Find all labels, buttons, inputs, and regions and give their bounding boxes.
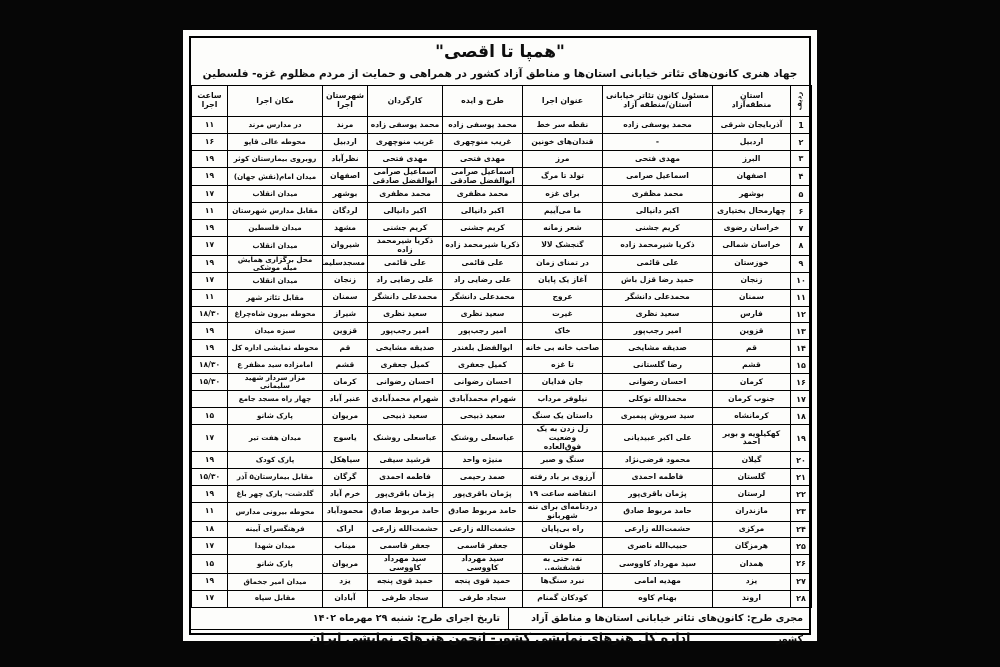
cell-time: ۱۷ bbox=[192, 237, 228, 255]
cell-director: غریب منوچهری bbox=[368, 134, 443, 151]
header-time: ساعت اجرا bbox=[192, 86, 228, 117]
cell-province: کرمانشاه bbox=[713, 408, 791, 425]
cell-idea: امیر رجب‌پور bbox=[443, 323, 523, 340]
cell-row-number: ۲۴ bbox=[791, 521, 812, 538]
header-province: استان منطقه‌آزاد bbox=[713, 86, 791, 117]
table-row: ۱۷ جنوب کرمان محمدالله توکلی نیلوفر مردا… bbox=[192, 391, 812, 408]
table-row: ۲۶ همدان سید مهرداد کاووسی نه، حتی به فش… bbox=[192, 555, 812, 573]
cell-time: ۱۵/۳۰ bbox=[192, 469, 228, 486]
cell-idea: محمد یوسفی زاده bbox=[443, 117, 523, 134]
cell-idea: سید مهرداد کاووسی bbox=[443, 555, 523, 573]
cell-province: خراسان رضوی bbox=[713, 220, 791, 237]
cell-city: بوشهر bbox=[323, 186, 368, 203]
cell-performance-title: تولد تا مرگ bbox=[523, 167, 603, 185]
cell-time: ۱۹ bbox=[192, 323, 228, 340]
table-row: ۷ خراسان رضوی کریم جشنی شعر زمانه کریم ج… bbox=[192, 220, 812, 237]
cell-city: مشهد bbox=[323, 220, 368, 237]
cell-province: همدان bbox=[713, 555, 791, 573]
table-row: ۱۴ قم صدیقه مشایخی صاحب خانه بی خانه ابو… bbox=[192, 340, 812, 357]
cell-venue: مزار سردار شهید سلیمانی bbox=[228, 374, 323, 391]
table-row: ۲۸ اروند بهنام کاوه کودکان گمنام سجاد طر… bbox=[192, 590, 812, 607]
table-row: ۱۲ فارس سعید نظری غیرت سعید نظری سعید نظ… bbox=[192, 306, 812, 323]
cell-manager: احسان رضوانی bbox=[603, 374, 713, 391]
table-row: ۲ اردبیل - قندان‌های خونین غریب منوچهری … bbox=[192, 134, 812, 151]
cell-director: حمید قوی پنجه bbox=[368, 573, 443, 590]
cell-row-number: ۱۱ bbox=[791, 289, 812, 306]
table-row: ۳ البرز مهدی فتحی مرز مهدی فتحی مهدی فتح… bbox=[192, 151, 812, 168]
cell-director: محمد مظفری bbox=[368, 186, 443, 203]
cell-time: ۱۹ bbox=[192, 486, 228, 503]
cell-time: ۱۹ bbox=[192, 452, 228, 469]
document-page: "همپا تا اقصی" جهاد هنری کانون‌های تئاتر… bbox=[183, 30, 817, 641]
cell-performance-title: مرز bbox=[523, 151, 603, 168]
cell-performance-title: قندان‌های خونین bbox=[523, 134, 603, 151]
page-subtitle: جهاد هنری کانون‌های تئاتر خیابانی استان‌… bbox=[191, 62, 809, 86]
cell-city: سمنان bbox=[323, 289, 368, 306]
cell-manager: علی اکبر عبیدیانی bbox=[603, 425, 713, 452]
cell-row-number: ۱۵ bbox=[791, 357, 812, 374]
table-row: ۲۲ لرستان پژمان باقری‌پور انتفاضه ساعت ۱… bbox=[192, 486, 812, 503]
cell-province: لرستان bbox=[713, 486, 791, 503]
cell-row-number: ۹ bbox=[791, 255, 812, 272]
cell-venue: میدان انقلاب bbox=[228, 272, 323, 289]
cell-manager: کریم جشنی bbox=[603, 220, 713, 237]
cell-performance-title: نه، حتی به فشفشه.. bbox=[523, 555, 603, 573]
cell-director: مهدی فتحی bbox=[368, 151, 443, 168]
cell-director: محمدعلی دانشگر bbox=[368, 289, 443, 306]
cell-province: کرمان bbox=[713, 374, 791, 391]
cell-venue: مقابل بیمارستان۵ آذر bbox=[228, 469, 323, 486]
cell-province: هرمزگان bbox=[713, 538, 791, 555]
cell-manager: مهدی فتحی bbox=[603, 151, 713, 168]
table-row: 1 آذربایجان شرقی محمد یوسفی زاده نقطه سر… bbox=[192, 117, 812, 134]
cell-idea: محمدعلی دانشگر bbox=[443, 289, 523, 306]
cell-row-number: ۱۴ bbox=[791, 340, 812, 357]
cell-performance-title: برای غزه bbox=[523, 186, 603, 203]
cell-venue: میدان انقلاب bbox=[228, 186, 323, 203]
table-row: ۸ خراسان شمالی ذکریا شیرمحمد زاده گنجشک … bbox=[192, 237, 812, 255]
cell-province: سمنان bbox=[713, 289, 791, 306]
cell-province: مازندران bbox=[713, 503, 791, 521]
cell-city: یاسوج bbox=[323, 425, 368, 452]
header-city: شهرستان اجرا bbox=[323, 86, 368, 117]
cell-venue: میدان انقلاب bbox=[228, 237, 323, 255]
cell-performance-title: تا غزه bbox=[523, 357, 603, 374]
cell-row-number: ۱۶ bbox=[791, 374, 812, 391]
cell-performance-title: سنگ و صبر bbox=[523, 452, 603, 469]
cell-director: کمیل جعفری bbox=[368, 357, 443, 374]
cell-row-number: ۵ bbox=[791, 186, 812, 203]
cell-city: آبادان bbox=[323, 590, 368, 607]
cell-time: ۱۱ bbox=[192, 503, 228, 521]
header-director: کارگردان bbox=[368, 86, 443, 117]
cell-performance-title: کودکان گمنام bbox=[523, 590, 603, 607]
cell-performance-title: راه بی‌پایان bbox=[523, 521, 603, 538]
cell-idea: حمید قوی پنجه bbox=[443, 573, 523, 590]
cell-city: گرگان bbox=[323, 469, 368, 486]
cell-venue: چهار راه مسجد جامع bbox=[228, 391, 323, 408]
cell-venue: فرهنگسرای آیینه bbox=[228, 521, 323, 538]
cell-manager: فاطمه احمدی bbox=[603, 469, 713, 486]
cell-time: ۱۱ bbox=[192, 203, 228, 220]
cell-manager: محمد یوسفی زاده bbox=[603, 117, 713, 134]
cell-province: گیلان bbox=[713, 452, 791, 469]
cell-idea: محمد مظفری bbox=[443, 186, 523, 203]
cell-idea: حشمت‌الله زارعی bbox=[443, 521, 523, 538]
cell-idea: سعید نظری bbox=[443, 306, 523, 323]
cell-row-number: ۱۲ bbox=[791, 306, 812, 323]
cell-performance-title: غیرت bbox=[523, 306, 603, 323]
cell-idea: علی رضایی راد bbox=[443, 272, 523, 289]
cell-province: جنوب کرمان bbox=[713, 391, 791, 408]
cell-manager: رضا گلستانی bbox=[603, 357, 713, 374]
cell-province: قم bbox=[713, 340, 791, 357]
cell-performance-title: نیلوفر مرداب bbox=[523, 391, 603, 408]
cell-province: قزوین bbox=[713, 323, 791, 340]
cell-province: کهکیلویه و بویر احمد bbox=[713, 425, 791, 452]
cell-venue: سبزه میدان bbox=[228, 323, 323, 340]
cell-city: قزوین bbox=[323, 323, 368, 340]
cell-director: عباسعلی روشنک bbox=[368, 425, 443, 452]
cell-director: جعفر قاسمی bbox=[368, 538, 443, 555]
cell-city: مریوان bbox=[323, 555, 368, 573]
cell-venue: محوطه بیرونی مدارس bbox=[228, 503, 323, 521]
cell-venue: میدان هفت تیر bbox=[228, 425, 323, 452]
table-row: ۲۴ مرکزی حشمت‌الله زارعی راه بی‌پایان حش… bbox=[192, 521, 812, 538]
cell-row-number: ۲ bbox=[791, 134, 812, 151]
header-venue: مکان اجرا bbox=[228, 86, 323, 117]
cell-venue: محوطه نمایشی اداره کل bbox=[228, 340, 323, 357]
cell-manager: حامد مربوط صادق bbox=[603, 503, 713, 521]
cell-performance-title: نبرد سنگ‌ها bbox=[523, 573, 603, 590]
cell-performance-title: صاحب خانه بی خانه bbox=[523, 340, 603, 357]
cell-time: ۱۷ bbox=[192, 590, 228, 607]
cell-venue: میدان امیر جخماق bbox=[228, 573, 323, 590]
cell-director: محمد یوسفی زاده bbox=[368, 117, 443, 134]
cell-performance-title: شعر زمانه bbox=[523, 220, 603, 237]
cell-idea: کریم جشنی bbox=[443, 220, 523, 237]
cell-manager: محمدالله توکلی bbox=[603, 391, 713, 408]
cell-manager: محمدعلی دانشگر bbox=[603, 289, 713, 306]
cell-city: اردبیل bbox=[323, 134, 368, 151]
cell-director: فرشید سیفی bbox=[368, 452, 443, 469]
cell-row-number: ۲۲ bbox=[791, 486, 812, 503]
cell-province: اصفهان bbox=[713, 167, 791, 185]
cell-director: علی رضایی راد bbox=[368, 272, 443, 289]
cell-row-number: ۱۷ bbox=[791, 391, 812, 408]
cell-province: فارس bbox=[713, 306, 791, 323]
header-performance-title: عنوان اجرا bbox=[523, 86, 603, 117]
cell-manager: امیر رجب‌پور bbox=[603, 323, 713, 340]
cell-manager: سید سروش پیمبری bbox=[603, 408, 713, 425]
table-row: ۱۱ سمنان محمدعلی دانشگر عروج محمدعلی دان… bbox=[192, 289, 812, 306]
cell-city: زنجان bbox=[323, 272, 368, 289]
cell-director: سعید نظری bbox=[368, 306, 443, 323]
cell-venue: روبروی بیمارستان کوثر bbox=[228, 151, 323, 168]
table-row: ۲۱ گلستان فاطمه احمدی آرزوی بر باد رفته … bbox=[192, 469, 812, 486]
cell-performance-title: زل زدن به یک وضعیت فوق‌العاده bbox=[523, 425, 603, 452]
cell-time: ۱۶ bbox=[192, 134, 228, 151]
cell-city: میناب bbox=[323, 538, 368, 555]
cell-province: اردبیل bbox=[713, 134, 791, 151]
cell-row-number: ۳ bbox=[791, 151, 812, 168]
header-idea: طرح و ایده bbox=[443, 86, 523, 117]
footer-date: تاریخ اجرای طرح: شنبه ۲۹ مهرماه ۱۴۰۲ bbox=[191, 608, 508, 629]
cell-manager: حمید رضا قزل باش bbox=[603, 272, 713, 289]
cell-director: سید مهرداد کاووسی bbox=[368, 555, 443, 573]
cell-manager: - bbox=[603, 134, 713, 151]
cell-city: کرمان bbox=[323, 374, 368, 391]
cell-province: گلستان bbox=[713, 469, 791, 486]
cell-performance-title: نقطه سر خط bbox=[523, 117, 603, 134]
cell-idea: منیژه واحد bbox=[443, 452, 523, 469]
cell-city: شیروان bbox=[323, 237, 368, 255]
cell-idea: شهرام محمدآبادی bbox=[443, 391, 523, 408]
cell-manager: علی قائمی bbox=[603, 255, 713, 272]
cell-city: یزد bbox=[323, 573, 368, 590]
cell-row-number: ۴ bbox=[791, 167, 812, 185]
cell-province: خراسان شمالی bbox=[713, 237, 791, 255]
cell-row-number: ۱۸ bbox=[791, 408, 812, 425]
cell-time: ۱۹ bbox=[192, 255, 228, 272]
cell-row-number: ۸ bbox=[791, 237, 812, 255]
cell-row-number: ۲۱ bbox=[791, 469, 812, 486]
table-row: ۱۳ قزوین امیر رجب‌پور خاک امیر رجب‌پور ا… bbox=[192, 323, 812, 340]
cell-manager: سعید نظری bbox=[603, 306, 713, 323]
cell-performance-title: ما می‌آییم bbox=[523, 203, 603, 220]
cell-time: ۱۹ bbox=[192, 167, 228, 185]
cell-director: صدیقه مشایخی bbox=[368, 340, 443, 357]
cell-venue: پارک شانو bbox=[228, 408, 323, 425]
cell-province: اروند bbox=[713, 590, 791, 607]
cell-province: بوشهر bbox=[713, 186, 791, 203]
cell-venue: در مدارس مرند bbox=[228, 117, 323, 134]
cell-province: آذربایجان شرقی bbox=[713, 117, 791, 134]
cell-director: حشمت‌الله زارعی bbox=[368, 521, 443, 538]
cell-idea: احسان رضوانی bbox=[443, 374, 523, 391]
cell-manager: اسماعیل صرامی bbox=[603, 167, 713, 185]
cell-director: پژمان باقری‌پور bbox=[368, 486, 443, 503]
cell-idea: اسماعیل صرامی ابوالفضل صادقی bbox=[443, 167, 523, 185]
cell-city: اصفهان bbox=[323, 167, 368, 185]
cell-performance-title: انتفاضه ساعت ۱۹ bbox=[523, 486, 603, 503]
cell-performance-title: جان فدایان bbox=[523, 374, 603, 391]
cell-idea: عباسعلی روشنک bbox=[443, 425, 523, 452]
cell-city: قم bbox=[323, 340, 368, 357]
cell-manager: بهنام کاوه bbox=[603, 590, 713, 607]
cell-venue: مقابل سپاه bbox=[228, 590, 323, 607]
cell-row-number: ۱۰ bbox=[791, 272, 812, 289]
table-row: ۱۸ کرمانشاه سید سروش پیمبری داستان یک سن… bbox=[192, 408, 812, 425]
cell-time: ۱۵/۳۰ bbox=[192, 374, 228, 391]
cell-idea: ذکریا شیرمحمد زاده bbox=[443, 237, 523, 255]
cell-manager: سید مهرداد کاووسی bbox=[603, 555, 713, 573]
cell-province: یزد bbox=[713, 573, 791, 590]
cell-time: ۱۸/۳۰ bbox=[192, 306, 228, 323]
cell-row-number: ۶ bbox=[791, 203, 812, 220]
table-body: 1 آذربایجان شرقی محمد یوسفی زاده نقطه سر… bbox=[192, 117, 812, 607]
cell-idea: صمد رحیمی bbox=[443, 469, 523, 486]
table-row: ۲۰ گیلان محمود فرضی‌نژاد سنگ و صبر منیژه… bbox=[192, 452, 812, 469]
cell-idea: علی قائمی bbox=[443, 255, 523, 272]
cell-city: اراک bbox=[323, 521, 368, 538]
cell-time bbox=[192, 391, 228, 408]
cell-row-number: ۲۳ bbox=[791, 503, 812, 521]
cell-manager: مهدیه امامی bbox=[603, 573, 713, 590]
cell-venue: مقابل تئاتر شهر bbox=[228, 289, 323, 306]
cell-venue: میدان امام(نقش جهان) bbox=[228, 167, 323, 185]
cell-venue: محوطه عالی قاپو bbox=[228, 134, 323, 151]
header-manager: مسئول کانون تئاتر خیابانی استان/منطقه آز… bbox=[603, 86, 713, 117]
table-row: ۱۶ کرمان احسان رضوانی جان فدایان احسان ر… bbox=[192, 374, 812, 391]
cell-row-number: 1 bbox=[791, 117, 812, 134]
cell-time: ۱۷ bbox=[192, 538, 228, 555]
cell-city: مرند bbox=[323, 117, 368, 134]
header-row: ردیف استان منطقه‌آزاد مسئول کانون تئاتر … bbox=[192, 86, 812, 117]
footer-meta-row: مجری طرح: کانون‌های تئاتر خیابانی استان‌… bbox=[191, 608, 809, 629]
cell-time: ۱۵ bbox=[192, 408, 228, 425]
cell-province: چهارمحال بختیاری bbox=[713, 203, 791, 220]
cell-performance-title: خاک bbox=[523, 323, 603, 340]
table-row: ۲۷ یزد مهدیه امامی نبرد سنگ‌ها حمید قوی … bbox=[192, 573, 812, 590]
cell-province: مرکزی bbox=[713, 521, 791, 538]
table-row: ۹ خوزستان علی قائمی در تمنای زمان علی قا… bbox=[192, 255, 812, 272]
cell-venue: محل برگزاری همایش میله موشکی bbox=[228, 255, 323, 272]
table-row: ۶ چهارمحال بختیاری اکبر دانیالی ما می‌آی… bbox=[192, 203, 812, 220]
table-row: ۲۳ مازندران حامد مربوط صادق دردنامه‌ای ب… bbox=[192, 503, 812, 521]
cell-row-number: ۷ bbox=[791, 220, 812, 237]
cell-time: ۱۸ bbox=[192, 521, 228, 538]
cell-time: ۱۹ bbox=[192, 151, 228, 168]
cell-manager: ذکریا شیرمحمد زاده bbox=[603, 237, 713, 255]
cell-manager: محمد مظفری bbox=[603, 186, 713, 203]
cell-performance-title: طوفان bbox=[523, 538, 603, 555]
cell-venue: گلدشت- پارک چهر باغ bbox=[228, 486, 323, 503]
cell-manager: اکبر دانیالی bbox=[603, 203, 713, 220]
cell-row-number: ۲۶ bbox=[791, 555, 812, 573]
cell-performance-title: داستان یک سنگ bbox=[523, 408, 603, 425]
cell-director: سجاد طرفی bbox=[368, 590, 443, 607]
table-row: ۴ اصفهان اسماعیل صرامی تولد تا مرگ اسماع… bbox=[192, 167, 812, 185]
cell-time: ۱۱ bbox=[192, 117, 228, 134]
header-row-number-label: ردیف bbox=[796, 92, 804, 111]
cell-venue: امامزاده سید مظفر ع bbox=[228, 357, 323, 374]
cell-province: قشم bbox=[713, 357, 791, 374]
cell-director: سعید ذبیحی bbox=[368, 408, 443, 425]
cell-director: شهرام محمدآبادی bbox=[368, 391, 443, 408]
cell-province: البرز bbox=[713, 151, 791, 168]
cell-manager: حبیب‌الله ناصری bbox=[603, 538, 713, 555]
cell-city: لردگان bbox=[323, 203, 368, 220]
cell-city: محمودآباد bbox=[323, 503, 368, 521]
table-row: ۲۵ هرمزگان حبیب‌الله ناصری طوفان جعفر قا… bbox=[192, 538, 812, 555]
cell-venue: پارک شانو bbox=[228, 555, 323, 573]
cell-venue: مقابل مدارس شهرستان bbox=[228, 203, 323, 220]
cell-director: حامد مربوط صادق bbox=[368, 503, 443, 521]
cell-idea: مهدی فتحی bbox=[443, 151, 523, 168]
cell-idea: جعفر قاسمی bbox=[443, 538, 523, 555]
document-frame: "همپا تا اقصی" جهاد هنری کانون‌های تئاتر… bbox=[189, 36, 811, 635]
cell-venue: میدان فلسطین bbox=[228, 220, 323, 237]
cell-director: فاطمه احمدی bbox=[368, 469, 443, 486]
table-row: ۱۰ زنجان حمید رضا قزل باش آغاز یک پایان … bbox=[192, 272, 812, 289]
cell-performance-title: در تمنای زمان bbox=[523, 255, 603, 272]
cell-idea: حامد مربوط صادق bbox=[443, 503, 523, 521]
cell-row-number: ۲۰ bbox=[791, 452, 812, 469]
cell-city: قشم bbox=[323, 357, 368, 374]
cell-province: خوزستان bbox=[713, 255, 791, 272]
table-row: ۵ بوشهر محمد مظفری برای غزه محمد مظفری م… bbox=[192, 186, 812, 203]
cell-director: احسان رضوانی bbox=[368, 374, 443, 391]
cell-manager: صدیقه مشایخی bbox=[603, 340, 713, 357]
cell-director: علی قائمی bbox=[368, 255, 443, 272]
cell-city: عنبر آباد bbox=[323, 391, 368, 408]
cell-performance-title: دردنامه‌ای برای ننه شهربانو bbox=[523, 503, 603, 521]
cell-performance-title: آغاز یک پایان bbox=[523, 272, 603, 289]
cell-time: ۱۱ bbox=[192, 289, 228, 306]
cell-time: ۱۸/۳۰ bbox=[192, 357, 228, 374]
cell-performance-title: آرزوی بر باد رفته bbox=[523, 469, 603, 486]
header-row-number: ردیف bbox=[791, 86, 812, 117]
footer-executor: مجری طرح: کانون‌های تئاتر خیابانی استان‌… bbox=[508, 608, 809, 629]
cell-city: مریوان bbox=[323, 408, 368, 425]
cell-idea: سجاد طرفی bbox=[443, 590, 523, 607]
cell-idea: غریب منوچهری bbox=[443, 134, 523, 151]
cell-city: سیاهکل bbox=[323, 452, 368, 469]
cell-idea: پژمان باقری‌پور bbox=[443, 486, 523, 503]
cell-idea: سعید ذبیحی bbox=[443, 408, 523, 425]
cell-idea: اکبر دانیالی bbox=[443, 203, 523, 220]
cell-venue: پارک کودک bbox=[228, 452, 323, 469]
cell-time: ۱۹ bbox=[192, 573, 228, 590]
cell-manager: محمود فرضی‌نژاد bbox=[603, 452, 713, 469]
cell-idea: ابوالفضل بلغندر bbox=[443, 340, 523, 357]
cell-time: ۱۷ bbox=[192, 186, 228, 203]
cell-time: ۱۵ bbox=[192, 555, 228, 573]
table-row: ۱۹ کهکیلویه و بویر احمد علی اکبر عبیدیان… bbox=[192, 425, 812, 452]
cell-row-number: ۲۸ bbox=[791, 590, 812, 607]
cell-director: کریم جشنی bbox=[368, 220, 443, 237]
cell-idea: کمیل جعفری bbox=[443, 357, 523, 374]
cell-time: ۱۷ bbox=[192, 425, 228, 452]
table-row: ۱۵ قشم رضا گلستانی تا غزه کمیل جعفری کمی… bbox=[192, 357, 812, 374]
cell-province: زنجان bbox=[713, 272, 791, 289]
schedule-table: ردیف استان منطقه‌آزاد مسئول کانون تئاتر … bbox=[191, 85, 812, 607]
cell-venue: میدان شهدا bbox=[228, 538, 323, 555]
cell-time: ۱۹ bbox=[192, 340, 228, 357]
cell-venue: محوطه بیرون شاه‌چراغ bbox=[228, 306, 323, 323]
cell-row-number: ۲۷ bbox=[791, 573, 812, 590]
cell-manager: پژمان باقری‌پور bbox=[603, 486, 713, 503]
cell-city: نظرآباد bbox=[323, 151, 368, 168]
cell-city: خرم آباد bbox=[323, 486, 368, 503]
cell-director: ذکریا شیرمحمد زاده bbox=[368, 237, 443, 255]
cell-performance-title: عروج bbox=[523, 289, 603, 306]
cell-row-number: ۱۹ bbox=[791, 425, 812, 452]
cell-director: اسماعیل صرامی ابوالفضل صادقی bbox=[368, 167, 443, 185]
cell-row-number: ۱۳ bbox=[791, 323, 812, 340]
cell-city: شیراز bbox=[323, 306, 368, 323]
cell-time: ۱۹ bbox=[192, 220, 228, 237]
page-title: "همپا تا اقصی" bbox=[191, 38, 809, 62]
cell-city: مسجدسلیمان bbox=[323, 255, 368, 272]
cell-time: ۱۷ bbox=[192, 272, 228, 289]
footer-organization: اداره کل هنرهای نمایشی کشور- انجمن هنرها… bbox=[191, 629, 809, 645]
cell-director: امیر رجب‌پور bbox=[368, 323, 443, 340]
cell-director: اکبر دانیالی bbox=[368, 203, 443, 220]
cell-manager: حشمت‌الله زارعی bbox=[603, 521, 713, 538]
cell-row-number: ۲۵ bbox=[791, 538, 812, 555]
